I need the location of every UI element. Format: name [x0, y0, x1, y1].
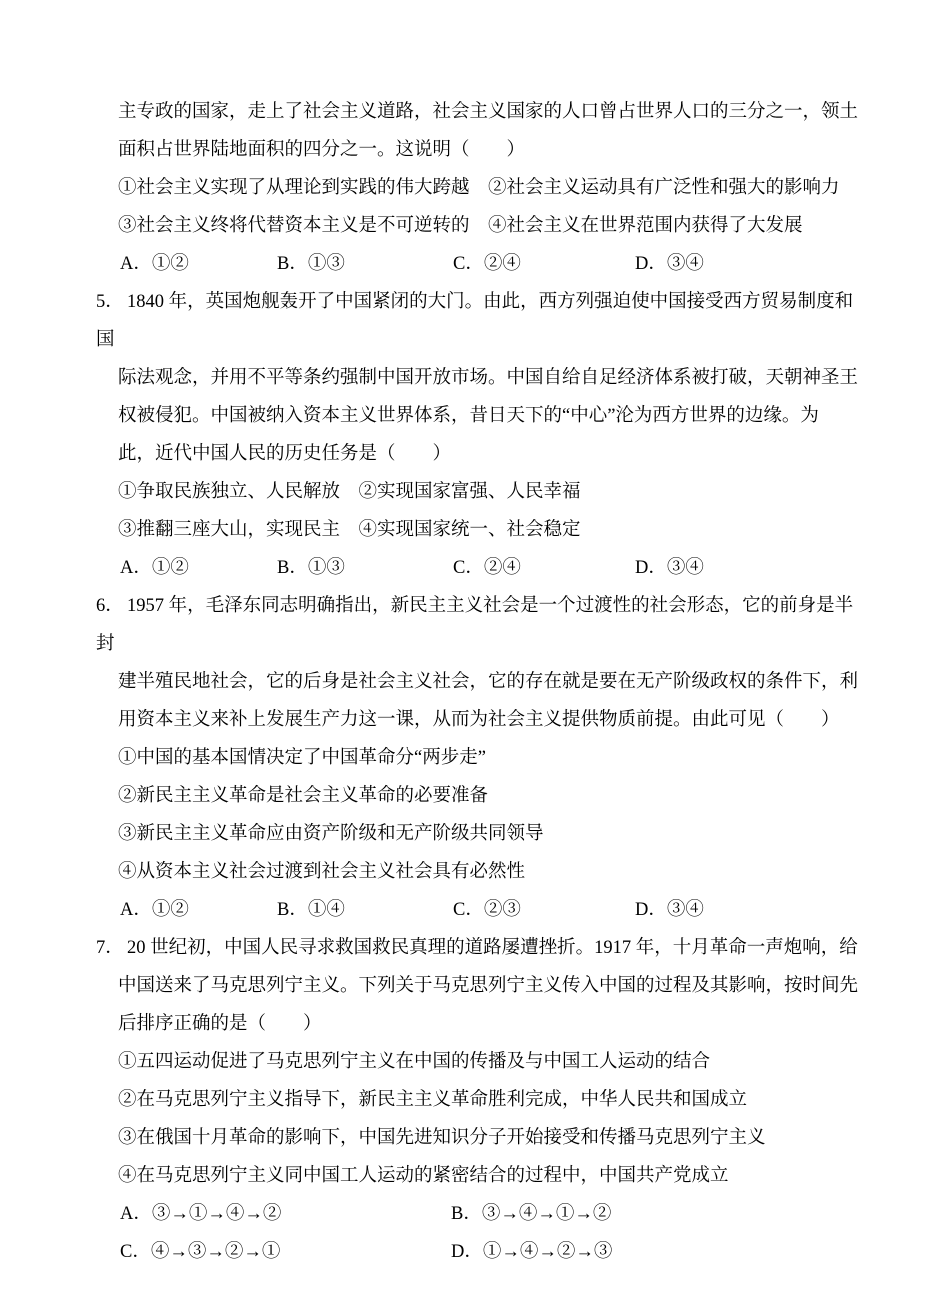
answer-choice-c: C．④→③→②→①: [120, 1233, 451, 1271]
answer-choice-c: C．②④: [453, 549, 635, 587]
question-first-line: 6．1957 年，毛泽东同志明确指出，新民主主义社会是一个过渡性的社会形态，它的…: [96, 587, 860, 663]
question-block-6: 6．1957 年，毛泽东同志明确指出，新民主主义社会是一个过渡性的社会形态，它的…: [96, 587, 860, 929]
document-body: 主专政的国家，走上了社会主义道路，社会主义国家的人口曾占世界人口的三分之一，领土…: [96, 93, 860, 1271]
question-option-line: ②在马克思列宁主义指导下，新民主主义革命胜利完成，中华人民共和国成立: [118, 1081, 860, 1119]
answer-choices-row: A．①② B．①③ C．②④ D．③④: [120, 549, 860, 587]
question-option-line: ①社会主义实现了从理论到实践的伟大跨越 ②社会主义运动具有广泛性和强大的影响力: [118, 169, 860, 207]
question-text-line: 此，近代中国人民的历史任务是（ ）: [118, 435, 860, 473]
question-text-line: 权被侵犯。中国被纳入资本主义世界体系，昔日天下的“中心”沦为西方世界的边缘。为: [118, 397, 860, 435]
question-text-line: 后排序正确的是（ ）: [118, 1005, 860, 1043]
question-option-line: ③新民主主义革命应由资产阶级和无产阶级共同领导: [118, 815, 860, 853]
question-text-line: 主专政的国家，走上了社会主义道路，社会主义国家的人口曾占世界人口的三分之一，领土: [118, 93, 860, 131]
question-text-line: 建半殖民地社会，它的后身是社会主义社会，它的存在就是要在无产阶级政权的条件下，利: [118, 663, 860, 701]
question-option-line: ④在马克思列宁主义同中国工人运动的紧密结合的过程中，中国共产党成立: [118, 1157, 860, 1195]
question-text-line: 中国送来了马克思列宁主义。下列关于马克思列宁主义传入中国的过程及其影响，按时间先: [118, 967, 860, 1005]
question-text-line: 面积占世界陆地面积的四分之一。这说明（ ）: [118, 131, 860, 169]
question-text-line: 用资本主义来补上发展生产力这一课，从而为社会主义提供物质前提。由此可见（ ）: [118, 701, 860, 739]
question-option-line: ④从资本主义社会过渡到社会主义社会具有必然性: [118, 853, 860, 891]
question-number: 5．: [96, 283, 127, 321]
answer-choice-d: D．③④: [635, 549, 704, 587]
answer-choice-d: D．③④: [635, 891, 704, 929]
question-text: 1840 年，英国炮舰轰开了中国紧闭的大门。由此，西方列强迫使中国接受西方贸易制…: [96, 292, 853, 350]
question-option-line: ③在俄国十月革命的影响下，中国先进知识分子开始接受和传播马克思列宁主义: [118, 1119, 860, 1157]
answer-choice-a: A．①②: [120, 891, 277, 929]
question-block-7: 7．20 世纪初，中国人民寻求救国救民真理的道路屡遭挫折。1917 年，十月革命…: [96, 929, 860, 1271]
answer-choice-d: D．①→④→②→③: [451, 1233, 612, 1271]
question-first-line: 5．1840 年，英国炮舰轰开了中国紧闭的大门。由此，西方列强迫使中国接受西方贸…: [96, 283, 860, 359]
answer-choice-c: C．②④: [453, 245, 635, 283]
question-block-4-continuation: 主专政的国家，走上了社会主义道路，社会主义国家的人口曾占世界人口的三分之一，领土…: [96, 93, 860, 283]
answer-choices-row: C．④→③→②→① D．①→④→②→③: [120, 1233, 860, 1271]
question-text: 20 世纪初，中国人民寻求救国救民真理的道路屡遭挫折。1917 年，十月革命一声…: [127, 938, 858, 958]
exam-document-page: 主专政的国家，走上了社会主义道路，社会主义国家的人口曾占世界人口的三分之一，领土…: [0, 0, 950, 1316]
question-text-line: 际法观念，并用不平等条约强制中国开放市场。中国自给自足经济体系被打破，天朝神圣王: [118, 359, 860, 397]
question-option-line: ③社会主义终将代替资本主义是不可逆转的 ④社会主义在世界范围内获得了大发展: [118, 207, 860, 245]
answer-choices-row: A．③→①→④→② B．③→④→①→②: [120, 1195, 860, 1233]
question-option-line: ②新民主主义革命是社会主义革命的必要准备: [118, 777, 860, 815]
answer-choices-row: A．①② B．①④ C．②③ D．③④: [120, 891, 860, 929]
answer-choice-b: B．③→④→①→②: [451, 1195, 611, 1233]
answer-choice-a: A．③→①→④→②: [120, 1195, 451, 1233]
question-option-line: ①争取民族独立、人民解放 ②实现国家富强、人民幸福: [118, 473, 860, 511]
question-first-line: 7．20 世纪初，中国人民寻求救国救民真理的道路屡遭挫折。1917 年，十月革命…: [96, 929, 860, 967]
answer-choice-d: D．③④: [635, 245, 704, 283]
answer-choice-b: B．①③: [277, 245, 453, 283]
question-block-5: 5．1840 年，英国炮舰轰开了中国紧闭的大门。由此，西方列强迫使中国接受西方贸…: [96, 283, 860, 587]
question-option-line: ①五四运动促进了马克思列宁主义在中国的传播及与中国工人运动的结合: [118, 1043, 860, 1081]
answer-choice-b: B．①④: [277, 891, 453, 929]
answer-choices-row: A．①② B．①③ C．②④ D．③④: [120, 245, 860, 283]
answer-choice-a: A．①②: [120, 245, 277, 283]
answer-choice-a: A．①②: [120, 549, 277, 587]
question-option-line: ①中国的基本国情决定了中国革命分“两步走”: [118, 739, 860, 777]
question-number: 7．: [96, 929, 127, 967]
question-number: 6．: [96, 587, 127, 625]
question-option-line: ③推翻三座大山，实现民主 ④实现国家统一、社会稳定: [118, 511, 860, 549]
answer-choice-b: B．①③: [277, 549, 453, 587]
question-text: 1957 年，毛泽东同志明确指出，新民主主义社会是一个过渡性的社会形态，它的前身…: [96, 596, 853, 654]
answer-choice-c: C．②③: [453, 891, 635, 929]
